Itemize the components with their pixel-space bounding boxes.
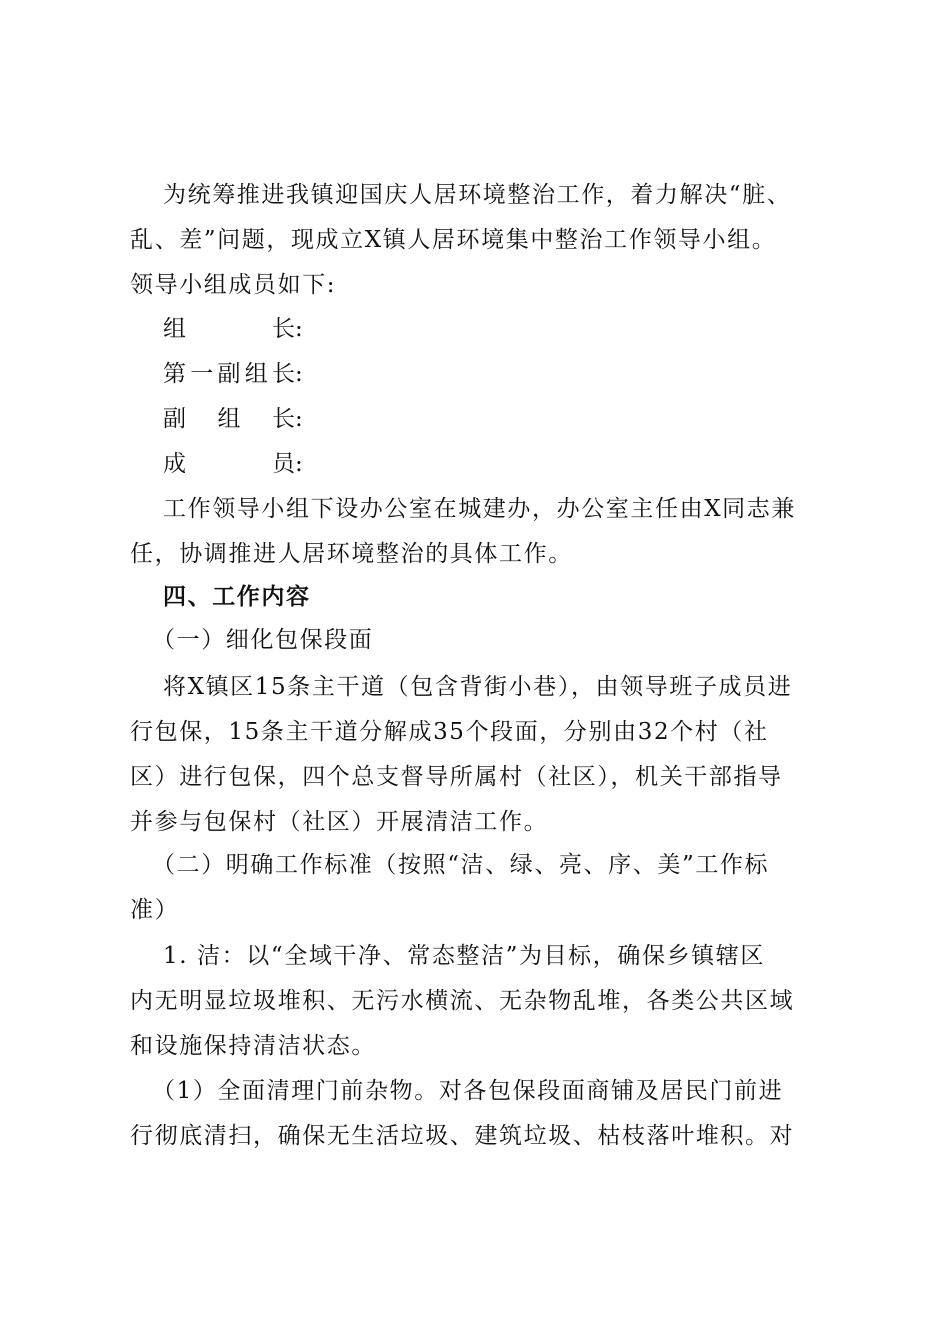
intro-line-3: 领导小组成员如下: — [130, 270, 336, 300]
intro-line-1: 为统筹推进我镇迎国庆人居环境整治工作，着力解决“脏、 — [163, 180, 791, 210]
item1-1-line-1: （1）全面清理门前杂物。对各包保段面商铺及居民门前进 — [152, 1076, 783, 1106]
role-colon: : — [295, 359, 303, 389]
role-deputy: 副组长: — [163, 404, 303, 434]
sub1-line-3: 区）进行包保，四个总支督导所属村（社区），机关干部指导 — [130, 762, 783, 792]
role-leader: 组长: — [163, 314, 303, 344]
role-label: 副组长 — [163, 404, 295, 434]
sub1-line-1: 将X镇区15条主干道（包含背街小巷），由领导班子成员进 — [163, 672, 792, 702]
subsection-2-title-line-2: 准） — [130, 895, 179, 925]
item1-1-line-2: 行彻底清扫，确保无生活垃圾、建筑垃圾、枯枝落叶堆积。对 — [130, 1121, 794, 1151]
document-page: 为统筹推进我镇迎国庆人居环境整治工作，着力解决“脏、 乱、差”问题，现成立X镇人… — [0, 0, 950, 1344]
role-label: 第一副组长 — [163, 359, 295, 389]
subsection-2-title-line-1: （二）明确工作标准（按照“洁、绿、亮、序、美”工作标 — [152, 850, 769, 880]
office-line-2: 任，协调推进人居环境整治的具体工作。 — [130, 539, 573, 569]
sub1-line-2: 行包保，15条主干道分解成35个段面，分别由32个村（社 — [130, 717, 769, 747]
role-members: 成员: — [163, 449, 303, 479]
role-label: 组长 — [163, 314, 295, 344]
role-colon: : — [295, 404, 303, 434]
office-line-1: 工作领导小组下设办公室在城建办，办公室主任由X同志兼 — [163, 494, 796, 524]
role-label: 成员 — [163, 449, 295, 479]
item1-line-3: 和设施保持清洁状态。 — [130, 1031, 376, 1061]
section-4-title: 四、工作内容 — [163, 582, 311, 612]
role-colon: : — [295, 314, 303, 344]
role-colon: : — [295, 449, 303, 479]
item1-line-1: 1. 洁：以“全域干净、常态整洁”为目标，确保乡镇辖区 — [163, 941, 765, 971]
subsection-1-title: （一）细化包保段面 — [152, 625, 373, 655]
intro-line-2: 乱、差”问题，现成立X镇人居环境集中整治工作领导小组。 — [130, 225, 776, 255]
role-first-deputy: 第一副组长: — [163, 359, 303, 389]
item1-line-2: 内无明显垃圾堆积、无污水横流、无杂物乱堆，各类公共区域 — [130, 986, 794, 1016]
sub1-line-4: 并参与包保村（社区）开展清洁工作。 — [130, 807, 548, 837]
